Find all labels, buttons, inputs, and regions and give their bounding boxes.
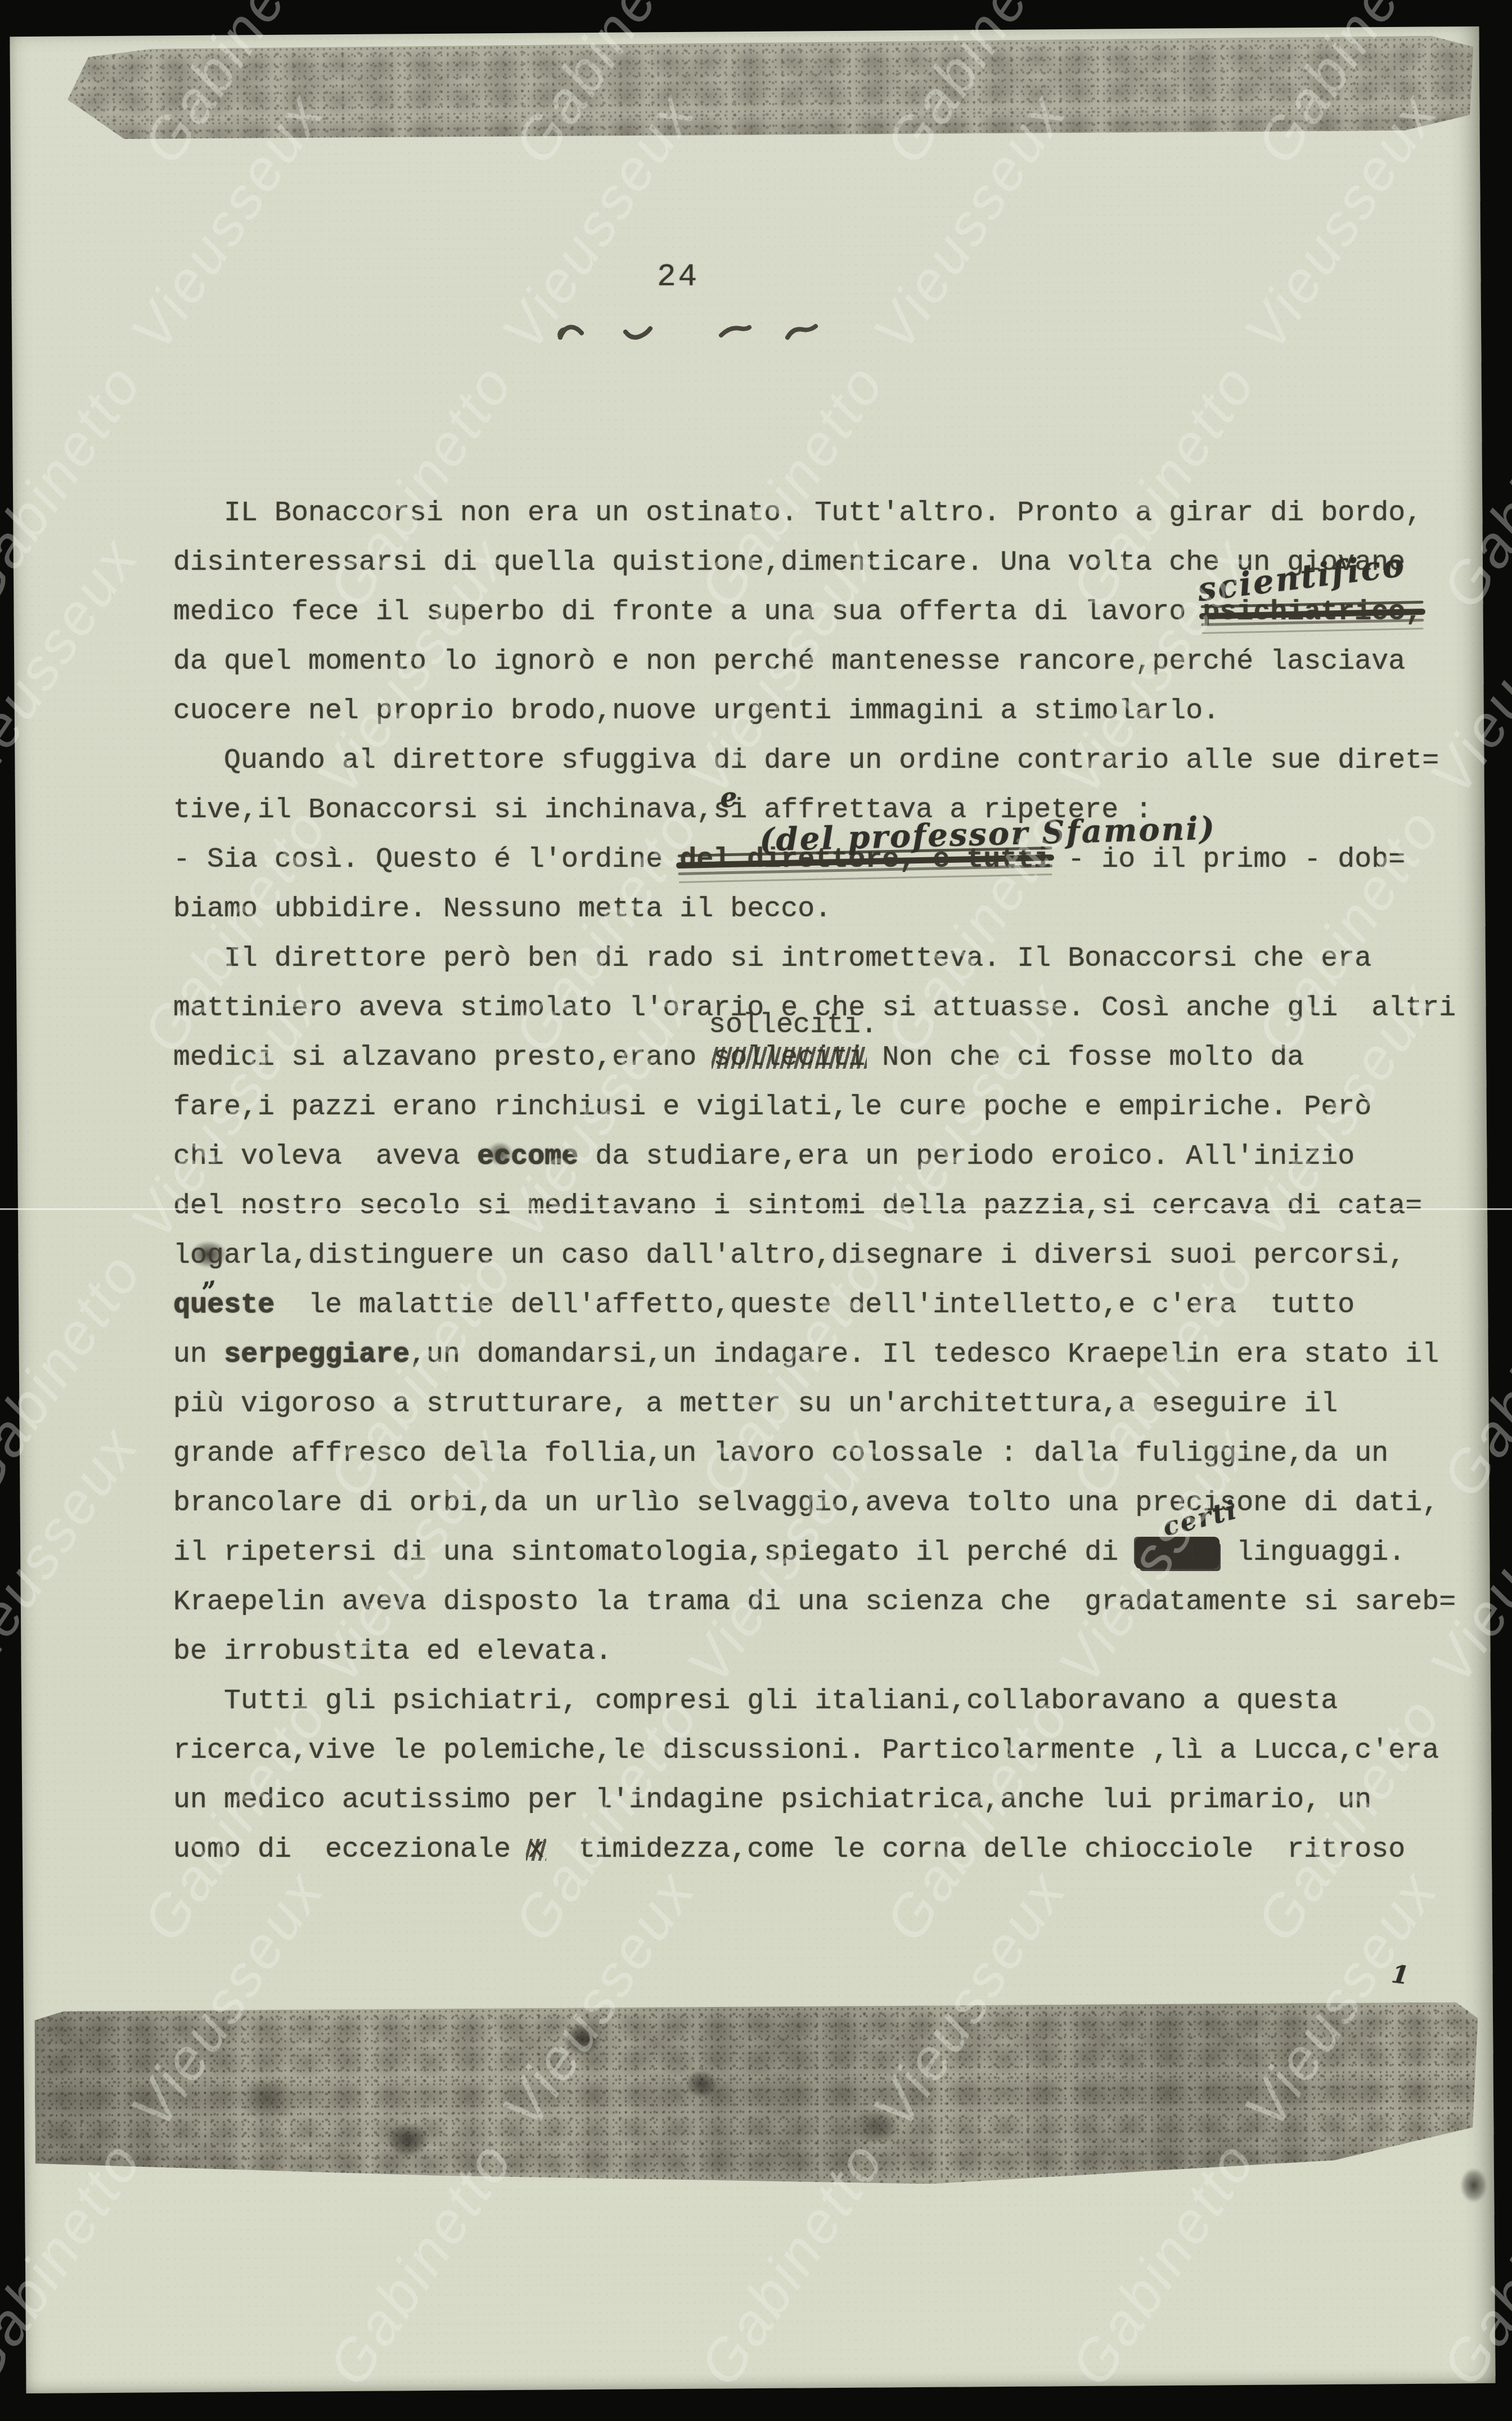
typescript-block: IL Bonaccorsi non era un ostinato. Tutt'… — [173, 497, 1456, 1883]
typescript-line: biamo ubbidire. Nessuno metta il becco. — [173, 893, 1456, 943]
typed-text: Kraepelin aveva disposto la trama di una… — [173, 1586, 1456, 1618]
typed-text: timidezza,come le corna delle chiocciole… — [544, 1834, 1405, 1866]
typed-text: cuocere nel proprio brodo,nuove urgenti … — [173, 695, 1219, 727]
struck-through-word: x — [528, 1834, 544, 1866]
typed-text: medico fece il superbo di fronte a una s… — [173, 596, 1203, 628]
handwritten-e-insertion: e — [719, 781, 740, 814]
typed-text: IL Bonaccorsi non era un ostinato. Tutt'… — [173, 497, 1422, 529]
typed-text: Il direttore però ben di rado si introme… — [173, 943, 1371, 975]
typed-text: Tutti gli psichiatri, compresi gli itali… — [173, 1685, 1338, 1717]
typed-text: fare,i pazzi erano rinchiusi e vigilati,… — [173, 1091, 1371, 1123]
typescript-line: brancolare di orbi,da un urlìo selvaggio… — [173, 1487, 1456, 1537]
overstruck-word: eccome — [477, 1141, 578, 1173]
ink-blot — [685, 2070, 718, 2098]
typescript-line: cuocere nel proprio brodo,nuove urgenti … — [173, 695, 1456, 745]
typescript-line: medico fece il superbo di fronte a una s… — [173, 596, 1456, 646]
top-smudge-band — [67, 35, 1474, 142]
ink-blot — [564, 2023, 601, 2055]
ink-blot — [235, 2076, 298, 2122]
typed-text: il ripetersi di una sintomatologia,spieg… — [173, 1537, 1135, 1569]
typed-text: brancolare di orbi,da un urlìo selvaggio… — [173, 1487, 1439, 1519]
typed-text: biamo ubbidire. Nessuno metta il becco. — [173, 893, 831, 925]
typescript-line: uomo di eccezionale x timidezza,come le … — [173, 1834, 1456, 1883]
typescript-line: un medico acutissimo per l'indagine psic… — [173, 1784, 1456, 1834]
typed-text: da quel momento lo ignorò e non perché m… — [173, 646, 1405, 678]
typescript-line: da quel momento lo ignorò e non perché m… — [173, 646, 1456, 695]
typed-text: del nostro secolo si meditavano i sintom… — [173, 1190, 1422, 1222]
ink-blot — [1460, 2168, 1487, 2203]
typed-text: un — [173, 1339, 224, 1371]
typescript-line: be irrobustita ed elevata. — [173, 1636, 1456, 1685]
typescript-line: queste le malattie dell'affetto,queste d… — [173, 1289, 1456, 1339]
typed-text: le malattie dell'affetto,queste dell'int… — [274, 1289, 1354, 1321]
typed-text: Non che ci fosse molto da — [865, 1042, 1304, 1074]
typed-text: be irrobustita ed elevata. — [173, 1636, 612, 1668]
ink-mark-bottom-right: 1 — [1390, 1960, 1412, 1991]
typescript-line: più vigoroso a strutturare, a metter su … — [173, 1388, 1456, 1438]
overstruck-word: serpeggiare — [224, 1339, 409, 1371]
typescript-line: Il direttore però ben di rado si introme… — [173, 943, 1456, 992]
pen-squiggle-marks — [557, 318, 827, 352]
typed-correction-solleciti: solleciti. — [709, 1009, 877, 1041]
typed-text: ,un domandarsi,un indagare. Il tedesco K… — [409, 1339, 1439, 1371]
typed-text: medici si alzavano presto,erano — [173, 1042, 713, 1074]
struck-through-word: solleciti — [713, 1042, 865, 1074]
typed-text: - Sia così. Questo é l'ordine — [173, 844, 679, 876]
typed-text: grande affresco della follia,un lavoro c… — [173, 1438, 1388, 1470]
typescript-line: IL Bonaccorsi non era un ostinato. Tutt'… — [173, 497, 1456, 547]
typescript-line: Kraepelin aveva disposto la trama di una… — [173, 1586, 1456, 1636]
typescript-line: il ripetersi di una sintomatologia,spieg… — [173, 1537, 1456, 1586]
typed-text: Quando al direttore sfuggiva di dare un … — [173, 745, 1439, 777]
typescript-line: un serpeggiare,un domandarsi,un indagare… — [173, 1339, 1456, 1388]
typescript-line: grande affresco della follia,un lavoro c… — [173, 1438, 1456, 1487]
typed-text: più vigoroso a strutturare, a metter su … — [173, 1388, 1338, 1420]
typescript-line: logarla,distinguere un caso dall'altro,d… — [173, 1240, 1456, 1289]
typed-text: da studiare,era un periodo eroico. All'i… — [578, 1141, 1354, 1173]
typescript-line: fare,i pazzi erano rinchiusi e vigilati,… — [173, 1091, 1456, 1141]
typed-text: uomo di eccezionale — [173, 1834, 528, 1866]
blacked-out-word: certi — [1135, 1537, 1219, 1569]
typed-text: linguaggi. — [1219, 1537, 1405, 1569]
typed-text: logarla,distinguere un caso dall'altro,d… — [173, 1240, 1405, 1272]
typed-text: ricerca,vive le polemiche,le discussioni… — [173, 1735, 1439, 1767]
overstruck-word: queste — [173, 1289, 274, 1321]
typescript-line: chi voleva aveva eccome da studiare,era … — [173, 1141, 1456, 1190]
ink-blot — [848, 2108, 898, 2144]
ink-blot — [387, 2122, 429, 2157]
scanned-manuscript-page: 24 IL Bonaccorsi non era un ostinato. Tu… — [0, 0, 1512, 2421]
typescript-line: medici si alzavano presto,erano sollecit… — [173, 1042, 1456, 1091]
typescript-line: del nostro secolo si meditavano i sintom… — [173, 1190, 1456, 1240]
typescript-line: ricerca,vive le polemiche,le discussioni… — [173, 1735, 1456, 1784]
typescript-line: Quando al direttore sfuggiva di dare un … — [173, 745, 1456, 794]
page-number: 24 — [657, 259, 699, 295]
typed-text: un medico acutissimo per l'indagine psic… — [173, 1784, 1371, 1816]
typescript-line: Tutti gli psichiatri, compresi gli itali… — [173, 1685, 1456, 1735]
typed-text: chi voleva aveva — [173, 1141, 477, 1173]
scan-artifact-line — [0, 1208, 1512, 1210]
